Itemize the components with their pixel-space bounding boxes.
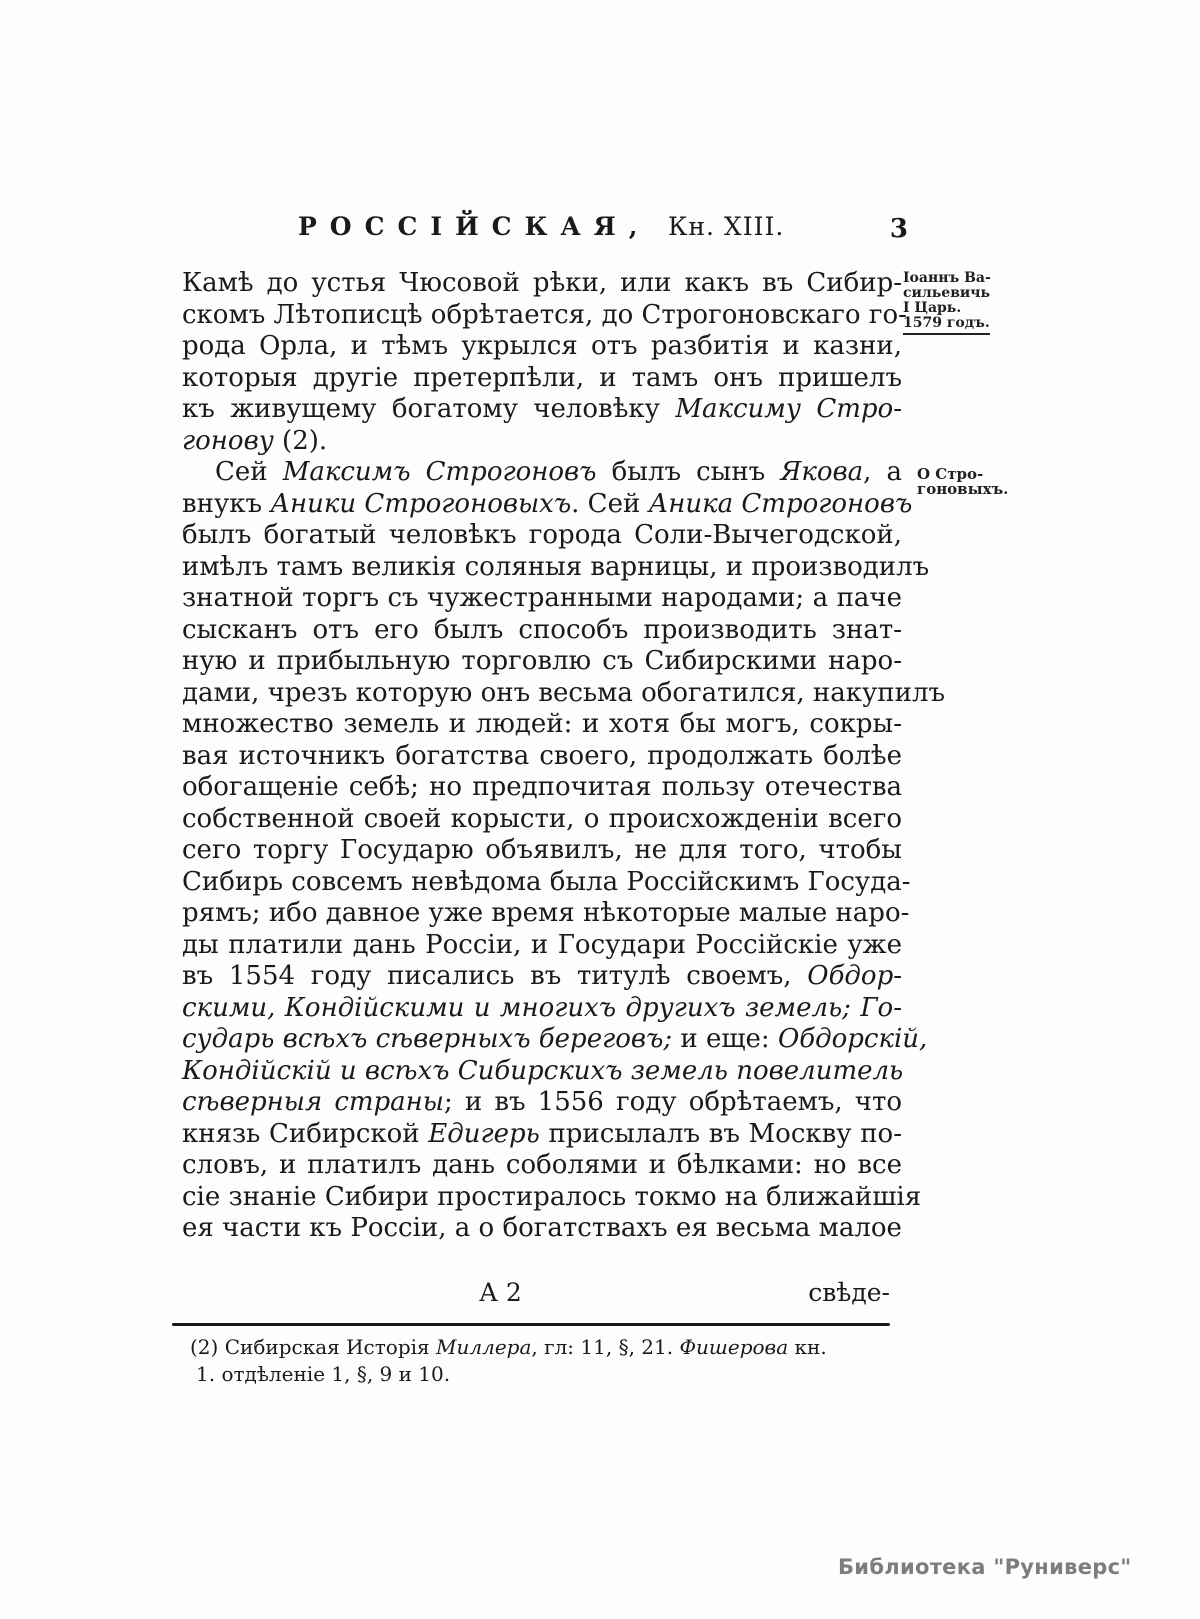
text-run: словъ, и платилъ дань соболями и бѣлками… <box>182 1150 902 1180</box>
text-run: 1. отдѣленіе 1, §, 9 и 10. <box>196 1362 450 1386</box>
text-run: былъ сынъ <box>597 457 781 487</box>
text-line: Сей Максимъ Строгоновъ былъ сынъ Якова, … <box>182 457 902 489</box>
text-run: , гл: 11, §, 21. <box>531 1335 679 1359</box>
text-run: внукъ <box>182 489 270 519</box>
text-run: вая источникъ богатства своего, продолжа… <box>182 741 902 771</box>
text-run: рода Орла, и тѣмъ укрылся отъ разбитія и… <box>182 331 902 361</box>
text-line: скими, Кондійскими и многихъ другихъ зем… <box>182 993 902 1025</box>
margin-note-line: 1579 годъ. <box>903 316 990 335</box>
text-run: ея части къ Россіи, а о богатствахъ ея в… <box>182 1213 902 1243</box>
main-text: Камѣ до устья Чюсовой рѣки, или какъ въ … <box>182 268 902 1245</box>
text-run: обогащеніе себѣ; но предпочитая пользу о… <box>182 772 902 802</box>
text-line: сіе знаніе Сибири простиралось токмо на … <box>182 1182 902 1214</box>
text-run: Якова <box>780 457 863 487</box>
text-line: которыя другіе претерпѣли, и тамъ онъ пр… <box>182 363 902 395</box>
margin-note-line: сильевичь <box>903 285 990 301</box>
text-run: скомъ Лѣтописцѣ обрѣтается, до Строгонов… <box>182 300 907 330</box>
margin-note-line: гоновыхъ. <box>917 480 1008 498</box>
text-run: Миллера <box>436 1335 531 1359</box>
text-line: Сибирь совсемъ невѣдома была Россійскимъ… <box>182 867 902 899</box>
text-line: ды платили дань Россіи, и Государи Россі… <box>182 930 902 962</box>
text-run: Камѣ до устья Чюсовой рѣки, или какъ въ … <box>182 268 902 298</box>
text-run: имѣлъ тамъ великія соляныя варницы, и пр… <box>182 552 929 582</box>
footnote: (2) Сибирская Исторія Миллера, гл: 11, §… <box>190 1334 890 1388</box>
text-run: дами, чрезъ которую онъ весьма обогатилс… <box>182 678 945 708</box>
text-run: (2). <box>274 426 327 456</box>
text-line: рода Орла, и тѣмъ укрылся отъ разбитія и… <box>182 331 902 363</box>
running-header: РОССІЙСКАЯ, Кн. XIII. 3 <box>298 212 908 252</box>
signature-mark: А 2 <box>479 1278 522 1307</box>
text-line: дами, чрезъ которую онъ весьма обогатилс… <box>182 678 902 710</box>
text-line: Камѣ до устья Чюсовой рѣки, или какъ въ … <box>182 268 902 300</box>
text-run: собственной своей корысти, о происхожден… <box>182 804 902 834</box>
text-line: гонову (2). <box>182 426 902 458</box>
text-line: рямъ; ибо давное уже время нѣкоторые мал… <box>182 898 902 930</box>
text-line: князь Сибирской Едигерь присылалъ въ Мос… <box>182 1119 902 1151</box>
text-run: былъ богатый человѣкъ города Соли-Вычего… <box>182 520 902 550</box>
text-run: Фишерова <box>679 1335 788 1359</box>
footnote-divider <box>172 1323 890 1326</box>
text-run: князь Сибирской <box>182 1119 428 1149</box>
text-line: вая источникъ богатства своего, продолжа… <box>182 741 902 773</box>
text-run: скими, Кондійскими и многихъ другихъ зем… <box>182 993 902 1023</box>
text-line: ея части къ Россіи, а о богатствахъ ея в… <box>182 1213 902 1245</box>
text-line: въ 1554 году писались въ титулѣ своемъ, … <box>182 961 902 993</box>
text-run: ную и прибыльную торговлю съ Сибирскими … <box>182 646 902 676</box>
text-run: множество земель и людей: и хотя бы могъ… <box>182 709 902 739</box>
text-run: Аники Строгоновыхъ <box>270 489 571 519</box>
text-run: Максимъ Строгоновъ <box>283 457 597 487</box>
text-run: рямъ; ибо давное уже время нѣкоторые мал… <box>182 898 909 928</box>
text-run: гонову <box>182 426 274 456</box>
margin-note-ioann: Іоаннъ Ва-сильевичьI Царь.1579 годъ. <box>903 271 991 335</box>
text-run: . Сей <box>571 489 648 519</box>
text-line: знатной торгъ съ чужестранными народами;… <box>182 583 902 615</box>
text-line: былъ богатый человѣкъ города Соли-Вычего… <box>182 520 902 552</box>
catchword: свѣде- <box>808 1278 890 1307</box>
text-run: присылалъ въ Москву по- <box>540 1119 902 1149</box>
text-line: скомъ Лѣтописцѣ обрѣтается, до Строгонов… <box>182 300 902 332</box>
text-line: обогащеніе себѣ; но предпочитая пользу о… <box>182 772 902 804</box>
text-line: сысканъ отъ его былъ способъ производить… <box>182 615 902 647</box>
text-line: собственной своей корысти, о происхожден… <box>182 804 902 836</box>
footnote-line-1: (2) Сибирская Исторія Миллера, гл: 11, §… <box>190 1334 890 1361</box>
text-run: ды платили дань Россіи, и Государи Россі… <box>182 930 902 960</box>
margin-note-line: Іоаннъ Ва- <box>903 270 991 286</box>
running-title: РОССІЙСКАЯ, <box>298 212 650 241</box>
text-run: Сей <box>215 457 283 487</box>
text-line: ную и прибыльную торговлю съ Сибирскими … <box>182 646 902 678</box>
text-run: сѣверныя страны <box>182 1087 444 1117</box>
text-run: сего торгу Государю объявилъ, не для тог… <box>182 835 902 865</box>
text-line: внукъ Аники Строгоновыхъ. Сей Аника Стро… <box>182 489 902 521</box>
text-line: сѣверныя страны; и въ 1556 году обрѣтаем… <box>182 1087 902 1119</box>
text-line: Кондійскій и всѣхъ Сибирскихъ земель пов… <box>182 1056 902 1088</box>
text-line: имѣлъ тамъ великія соляныя варницы, и пр… <box>182 552 902 584</box>
text-run: кн. <box>788 1335 827 1359</box>
book-number: Кн. XIII. <box>668 212 784 241</box>
text-run: Аника Строгоновъ <box>649 489 913 519</box>
text-run: и еще: <box>672 1024 778 1054</box>
text-line: къ живущему богатому человѣку Максиму Ст… <box>182 394 902 426</box>
page-number: 3 <box>890 214 908 244</box>
text-run: , а <box>863 457 902 487</box>
text-run: Кондійскій и всѣхъ Сибирскихъ земель пов… <box>182 1056 903 1086</box>
text-run: знатной торгъ съ чужестранными народами;… <box>182 583 902 613</box>
text-run: Сибирь совсемъ невѣдома была Россійскимъ… <box>182 867 911 897</box>
text-line: словъ, и платилъ дань соболями и бѣлками… <box>182 1150 902 1182</box>
text-line: сего торгу Государю объявилъ, не для тог… <box>182 835 902 867</box>
margin-note-stroganovs: О Стро-гоновыхъ. <box>917 467 1008 497</box>
text-line: множество земель и людей: и хотя бы могъ… <box>182 709 902 741</box>
library-watermark: Библиотека "Руниверс" <box>838 1555 1132 1579</box>
text-run: къ живущему богатому человѣку <box>182 394 675 424</box>
text-run: Обдор- <box>807 961 902 991</box>
text-run: ; и въ 1556 году обрѣтаемъ, что <box>444 1087 902 1117</box>
text-run: (2) Сибирская Исторія <box>190 1335 436 1359</box>
catchline: А 2 свѣде- <box>182 1278 902 1308</box>
footnote-line-2: 1. отдѣленіе 1, §, 9 и 10. <box>190 1361 890 1388</box>
text-run: сысканъ отъ его былъ способъ производить… <box>182 615 902 645</box>
text-line: сударь всѣхъ сѣверныхъ береговъ; и еще: … <box>182 1024 902 1056</box>
text-run: сіе знаніе Сибири простиралось токмо на … <box>182 1182 921 1212</box>
text-run: Максиму Стро- <box>675 394 902 424</box>
text-run: въ 1554 году писались въ титулѣ своемъ, <box>182 961 807 991</box>
text-run: Обдорскій, <box>778 1024 927 1054</box>
text-run: Едигерь <box>428 1119 540 1149</box>
text-run: сударь всѣхъ сѣверныхъ береговъ; <box>182 1024 672 1054</box>
text-run: которыя другіе претерпѣли, и тамъ онъ пр… <box>182 363 902 393</box>
margin-note-line: I Царь. <box>903 300 961 316</box>
